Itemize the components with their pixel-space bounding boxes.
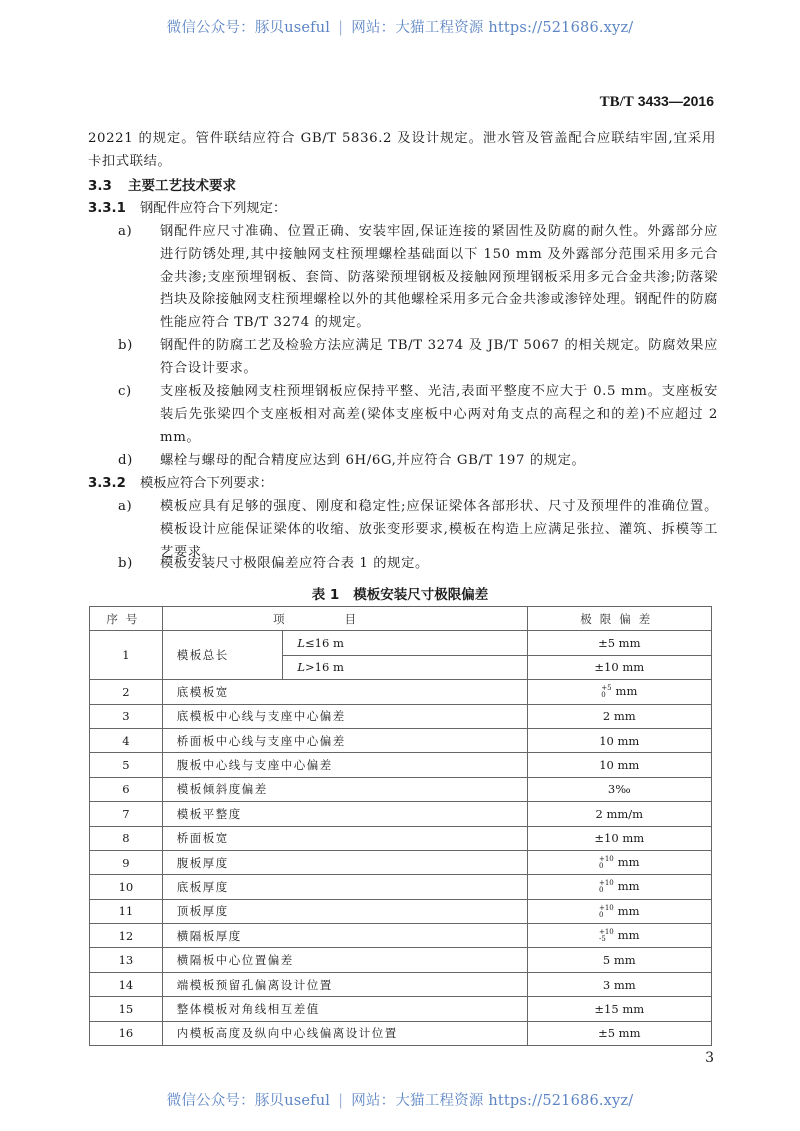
row-no: 9 [90, 850, 163, 874]
clause-text: 钢配件应符合下列规定： [140, 201, 286, 216]
row-item: 底模板宽 [162, 680, 527, 704]
watermark-bottom: 微信公众号：豚贝useful|网站：大猫工程资源 https://521686.… [0, 1089, 800, 1110]
watermark-separator: | [338, 20, 343, 36]
row-item: 桥面板中心线与支座中心偏差 [162, 728, 527, 752]
table-caption-number: 表 1 [312, 587, 340, 603]
row-no: 8 [90, 826, 163, 850]
table-row: 10底板厚度+100mm [90, 875, 712, 899]
clause-3-3-1: 3.3.1钢配件应符合下列规定： [88, 198, 286, 220]
table-row: 16内模板高度及纵向中心线偏离设计位置±5 mm [90, 1021, 712, 1045]
clause-3-3-2-item-b: b) 模板安装尺寸极限偏差应符合表 1 的规定。 [118, 553, 718, 576]
standard-code: TB/T 3433—2016 [600, 93, 714, 111]
item-mark: a) [118, 496, 132, 519]
watermark-site: 网站：大猫工程资源 https://521686.xyz/ [351, 1093, 633, 1109]
row-tolerance: +10-5mm [527, 924, 711, 948]
item-text: 螺栓与螺母的配合精度应达到 6H/6G,并应符合 GB/T 197 的规定。 [160, 450, 718, 473]
row-item: 桥面板宽 [162, 826, 527, 850]
table-row: 11顶板厚度+100mm [90, 899, 712, 923]
table-row: 3底模板中心线与支座中心偏差2 mm [90, 704, 712, 728]
standard-prefix: TB/T [600, 94, 634, 110]
intro-paragraph: 20221 的规定。管件联结应符合 GB/T 5836.2 及设计规定。泄水管及… [88, 128, 716, 174]
row-no: 1 [90, 631, 163, 680]
row-item: 底板厚度 [162, 875, 527, 899]
row-tolerance: ±5 mm [527, 1021, 711, 1045]
row-no: 16 [90, 1021, 163, 1045]
row-tolerance: 3‰ [527, 777, 711, 801]
row-no: 15 [90, 997, 163, 1021]
watermark-wechat: 微信公众号：豚贝useful [167, 20, 331, 36]
row-subcondition: L≤16 m [283, 631, 527, 655]
row-item: 内模板高度及纵向中心线偏离设计位置 [162, 1021, 527, 1045]
section-title: 主要工艺技术要求 [128, 178, 236, 194]
row-tolerance: 5 mm [527, 948, 711, 972]
watermark-top: 微信公众号：豚贝useful|网站：大猫工程资源 https://521686.… [0, 16, 800, 37]
table-header-row: 序号 项目 极限偏差 [90, 607, 712, 631]
row-no: 10 [90, 875, 163, 899]
table-row: 12横隔板厚度+10-5mm [90, 924, 712, 948]
watermark-wechat: 微信公众号：豚贝useful [167, 1093, 331, 1109]
row-tolerance: +100mm [527, 875, 711, 899]
tolerance-limits: +100 [599, 856, 614, 870]
standard-number: 3433—2016 [634, 93, 714, 109]
row-item: 端模板预留孔偏离设计位置 [162, 972, 527, 996]
row-tolerance: 2 mm/m [527, 802, 711, 826]
row-item: 横隔板厚度 [162, 924, 527, 948]
row-tolerance: ±15 mm [527, 997, 711, 1021]
item-mark: c) [118, 381, 132, 404]
row-no: 13 [90, 948, 163, 972]
row-no: 5 [90, 753, 163, 777]
clause-number: 3.3.2 [88, 473, 140, 495]
row-tolerance: 10 mm [527, 753, 711, 777]
table-row: 13横隔板中心位置偏差5 mm [90, 948, 712, 972]
row-item: 模板平整度 [162, 802, 527, 826]
item-text: 钢配件应尺寸准确、位置正确、安装牢固,保证连接的紧固性及防腐的耐久性。外露部分应… [160, 221, 718, 335]
row-subcondition: L>16 m [283, 655, 527, 679]
row-tolerance: ±5 mm [527, 631, 711, 655]
clause-3-3-1-item-c: c) 支座板及接触网支柱预埋钢板应保持平整、光洁,表面平整度不应大于 0.5 m… [118, 381, 718, 449]
table-row: 5腹板中心线与支座中心偏差10 mm [90, 753, 712, 777]
row-tolerance: +100mm [527, 899, 711, 923]
row-item: 整体模板对角线相互差值 [162, 997, 527, 1021]
clause-text: 模板应符合下列要求： [140, 476, 273, 491]
row-item: 腹板中心线与支座中心偏差 [162, 753, 527, 777]
row-no: 3 [90, 704, 163, 728]
header-item: 项目 [162, 607, 527, 631]
row-no: 11 [90, 899, 163, 923]
clause-3-3-1-item-b: b) 钢配件的防腐工艺及检验方法应满足 TB/T 3274 及 JB/T 506… [118, 335, 718, 381]
row-tolerance: 10 mm [527, 728, 711, 752]
item-text: 支座板及接触网支柱预埋钢板应保持平整、光洁,表面平整度不应大于 0.5 mm。支… [160, 381, 718, 449]
clause-3-3-1-item-d: d) 螺栓与螺母的配合精度应达到 6H/6G,并应符合 GB/T 197 的规定… [118, 450, 718, 473]
row-tolerance: 2 mm [527, 704, 711, 728]
row-item: 底模板中心线与支座中心偏差 [162, 704, 527, 728]
clause-number: 3.3.1 [88, 198, 140, 220]
tolerance-table: 序号 项目 极限偏差 1 模板总长 L≤16 m ±5 mm L>16 m ±1… [89, 606, 712, 1046]
item-mark: b) [118, 335, 133, 358]
row-no: 12 [90, 924, 163, 948]
table-row: 2底模板宽+50mm [90, 680, 712, 704]
row-no: 7 [90, 802, 163, 826]
watermark-separator: | [338, 1093, 343, 1109]
item-mark: a) [118, 221, 132, 244]
row-no: 4 [90, 728, 163, 752]
item-mark: b) [118, 553, 133, 576]
row-tolerance: +100mm [527, 850, 711, 874]
table-row: 6模板倾斜度偏差3‰ [90, 777, 712, 801]
table-row: 9腹板厚度+100mm [90, 850, 712, 874]
table-caption-title: 模板安装尺寸极限偏差 [353, 587, 488, 603]
row-item: 模板总长 [162, 631, 283, 680]
clause-3-3-2: 3.3.2模板应符合下列要求： [88, 473, 273, 495]
row-no: 6 [90, 777, 163, 801]
row-tolerance: ±10 mm [527, 826, 711, 850]
item-mark: d) [118, 450, 133, 473]
section-heading-3-3: 3.3主要工艺技术要求 [88, 175, 236, 197]
row-tolerance: ±10 mm [527, 655, 711, 679]
table-row: 1 模板总长 L≤16 m ±5 mm [90, 631, 712, 655]
page-number: 3 [705, 1050, 714, 1066]
table-row: 14端模板预留孔偏离设计位置3 mm [90, 972, 712, 996]
row-tolerance: 3 mm [527, 972, 711, 996]
row-no: 14 [90, 972, 163, 996]
section-number: 3.3 [88, 175, 128, 197]
table-row: 4桥面板中心线与支座中心偏差10 mm [90, 728, 712, 752]
row-tolerance: +50mm [527, 680, 711, 704]
table-row: 7模板平整度2 mm/m [90, 802, 712, 826]
item-text: 模板安装尺寸极限偏差应符合表 1 的规定。 [160, 553, 718, 576]
row-no: 2 [90, 680, 163, 704]
tolerance-limits: +100 [599, 880, 614, 894]
table-row: 8桥面板宽±10 mm [90, 826, 712, 850]
row-item: 模板倾斜度偏差 [162, 777, 527, 801]
table-caption: 表 1模板安装尺寸极限偏差 [0, 583, 800, 603]
row-item: 顶板厚度 [162, 899, 527, 923]
table-row: 15整体模板对角线相互差值±15 mm [90, 997, 712, 1021]
tolerance-limits: +50 [601, 685, 611, 699]
row-item: 腹板厚度 [162, 850, 527, 874]
clause-3-3-1-item-a: a) 钢配件应尺寸准确、位置正确、安装牢固,保证连接的紧固性及防腐的耐久性。外露… [118, 221, 718, 335]
row-item: 横隔板中心位置偏差 [162, 948, 527, 972]
header-tolerance: 极限偏差 [527, 607, 711, 631]
tolerance-limits: +10-5 [599, 929, 614, 943]
tolerance-limits: +100 [599, 905, 614, 919]
header-no: 序号 [90, 607, 163, 631]
item-text: 钢配件的防腐工艺及检验方法应满足 TB/T 3274 及 JB/T 5067 的… [160, 335, 718, 381]
watermark-site: 网站：大猫工程资源 https://521686.xyz/ [351, 20, 633, 36]
